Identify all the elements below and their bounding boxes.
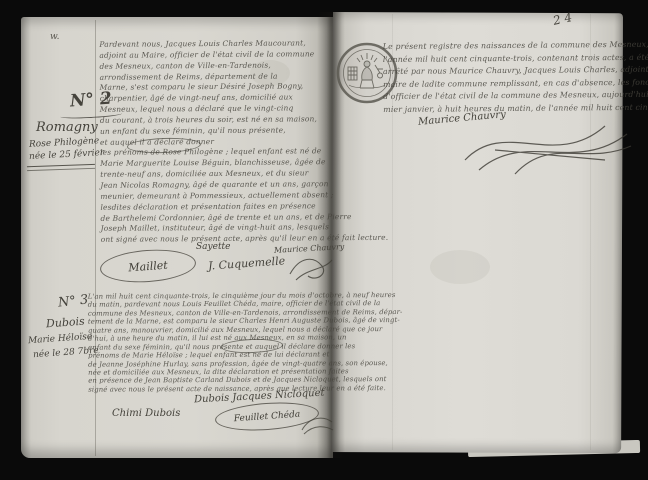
birth-act-3-text: L'an mil huit cent cinquante-trois, le c…: [88, 291, 335, 394]
handwritten-line: adjoint au Maire, officier de l'état civ…: [99, 49, 333, 61]
margin-surname-2: Dubois: [46, 315, 86, 331]
margin-pen-mark: w.: [50, 32, 60, 42]
signature-maillet: Maillet: [128, 258, 168, 274]
signature-feuillet: Feuillet Chéda: [233, 409, 300, 424]
register-scan: w. N° 2 Romagny Rose Philogène née le 25…: [0, 0, 648, 480]
signature-chimi-dubois: Chimi Dubois: [112, 408, 180, 419]
paper-stain: [430, 250, 490, 284]
register-closing-text: Le présent registre des naissances de la…: [383, 39, 624, 117]
handwritten-line: du courant, à trois heures du soir, est …: [100, 114, 334, 126]
signature-flourish-icon: [455, 116, 633, 178]
signature-flourish-icon: [288, 252, 334, 286]
signature-sayette: Sayette: [196, 242, 231, 252]
signature-flourish-icon: [300, 412, 334, 436]
act-number-3: N° 3: [57, 292, 89, 310]
handwritten-line: Marne, s'est comparu le sieur Désiré Jos…: [100, 82, 334, 94]
margin-surname-1: Romagny: [36, 120, 98, 135]
